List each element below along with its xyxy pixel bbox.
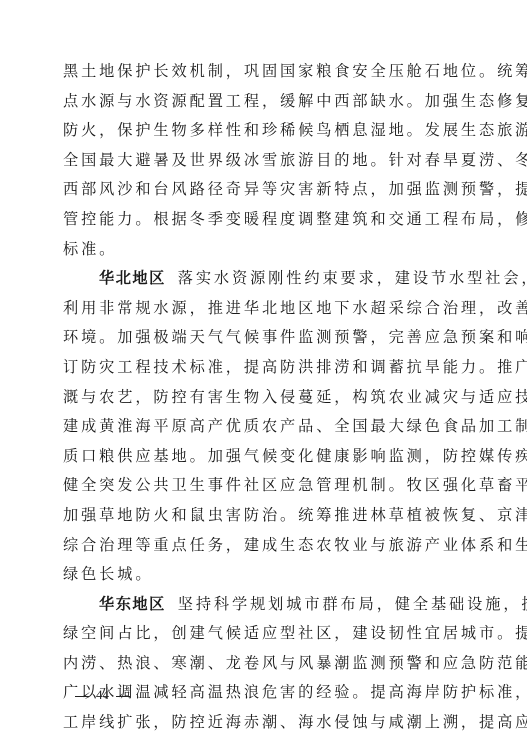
text-line: 环境。加强极端天气气候事件监测预警，完善应急预案和响应，修	[63, 323, 465, 353]
text-line: 订防灾工程技术标准，提高防洪排涝和调蓄抗旱能力。推广节水灌	[63, 353, 465, 383]
text-line: 华东地区坚持科学规划城市群布局，健全基础设施，提高蓝	[63, 590, 465, 620]
text-line: 西部风沙和台风路径奇异等灾害新特点，加强监测预警，提高风险	[63, 175, 465, 205]
text-line: 利用非常规水源，推进华北地区地下水超采综合治理，改善水生态	[63, 294, 465, 324]
text-line: 健全突发公共卫生事件社区应急管理机制。牧区强化草畜平衡管理，	[63, 471, 465, 501]
text-line: 点水源与水资源配置工程，缓解中西部缺水。加强生态修复与林草	[63, 87, 465, 117]
text-line: 内涝、热浪、寒潮、龙卷风与风暴潮监测预警和应急防范能力，推	[63, 649, 465, 679]
text-span: 坚持科学规划城市群布局，健全基础设施，提高蓝	[178, 595, 527, 613]
page-number-value: 44	[96, 687, 109, 702]
page-number: 44	[68, 687, 137, 703]
text-line: 综合治理等重点任务，建成生态农牧业与旅游产业体系和生态屏障	[63, 531, 465, 561]
text-line: 绿色长城。	[63, 560, 465, 590]
text-line: 标准。	[63, 235, 465, 265]
text-line: 溉与农艺，防控有害生物入侵蔓延，构筑农业减灾与适应技术体系，	[63, 383, 465, 413]
text-line: 建成黄淮海平原高产优质农产品、全国最大绿色食品加工制造和优	[63, 412, 465, 442]
section-heading-north-china: 华北地区	[99, 269, 166, 287]
dash-right	[116, 696, 130, 697]
text-line: 黑土地保护长效机制，巩固国家粮食安全压舱石地位。统筹规划重	[63, 57, 465, 87]
text-line: 工岸线扩张，防控近海赤潮、海水侵蚀与咸潮上溯，提高应对海平	[63, 708, 465, 738]
text-line: 绿空间占比，创建气候适应型社区，建设韧性宜居城市。提升台风、	[63, 619, 465, 649]
text-line: 防火，保护生物多样性和珍稀候鸟栖息湿地。发展生态旅游，建成	[63, 116, 465, 146]
section-heading-east-china: 华东地区	[99, 595, 166, 613]
body-text: 黑土地保护长效机制，巩固国家粮食安全压舱石地位。统筹规划重 点水源与水资源配置工…	[63, 57, 465, 738]
text-line: 管控能力。根据冬季变暖程度调整建筑和交通工程布局，修订技术	[63, 205, 465, 235]
text-line: 质口粮供应基地。加强气候变化健康影响监测，防控媒传疾病北扩。	[63, 442, 465, 472]
text-span: 落实水资源刚性约束要求，建设节水型社会，开发	[178, 269, 527, 287]
dash-left	[75, 696, 89, 697]
text-line: 华北地区落实水资源刚性约束要求，建设节水型社会，开发	[63, 264, 465, 294]
text-line: 全国最大避暑及世界级冰雪旅游目的地。针对春旱夏涝、冬季极寒、	[63, 146, 465, 176]
document-page: 黑土地保护长效机制，巩固国家粮食安全压舱石地位。统筹规划重 点水源与水资源配置工…	[0, 0, 527, 747]
text-line: 加强草地防火和鼠虫害防治。统筹推进林草植被恢复、京津风沙源	[63, 501, 465, 531]
